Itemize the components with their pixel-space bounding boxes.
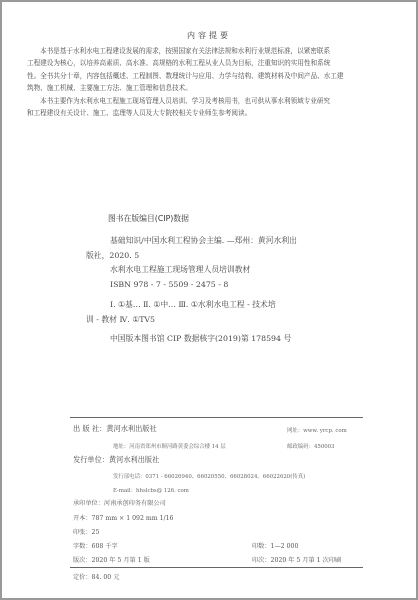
postcode: 邮政编码：450003: [287, 442, 335, 450]
cip-data: 基础知识/中国水利工程协会主编. —郑州：黄河水利出 版社，2020. 5 水利…: [86, 234, 356, 347]
address: 地址：河南省郑州市顺河路黄委会综合楼 14 层: [113, 442, 226, 450]
price: 定价：84. 00 元: [73, 572, 119, 581]
publisher: 出 版 社：黄河水利出版社: [73, 424, 157, 434]
print-count: 印数：1—2 000: [252, 541, 298, 550]
sheets: 印张：25: [73, 527, 99, 536]
impression: 印次：2020 年 5 月第 1 次印刷: [252, 555, 341, 564]
summary-line: 筑物、施工机械、主要施工方法、施工管理和信息技术。: [27, 82, 405, 94]
word-count: 字数：608 千字: [73, 541, 118, 550]
summary-line: 性。全书共分十章，内容包括概述、工程制图、数理统计与应用、力学与结构、建筑材料及…: [27, 70, 405, 82]
summary-paragraph-1: 本书是基于水利水电工程建设发展的需求，按照国家有关法律法规和水利行业规范标准，以…: [27, 45, 405, 94]
email: E-mail：hhslcbs@ 126. com: [113, 486, 189, 494]
cip-record-number: 中国版本图书馆 CIP 数据核字(2019)第 178594 号: [86, 332, 356, 347]
printer: 承印单位：河南承创印务有限公司: [73, 498, 166, 507]
cip-line: 版社，2020. 5: [86, 249, 356, 264]
bottom-divider: [70, 567, 363, 568]
phone: 发行部电话：0371 - 66026940、66020550、66028024、…: [113, 472, 305, 480]
summary-line: 本书主要作为水利水电工程施工现场管理人员培训、学习及考核用书，也可供从事水利领域…: [27, 95, 405, 107]
summary-line: 工程建设为核心，以培养高素质、高水准、高规格的水利工程从业人员为目标，注重知识的…: [27, 57, 405, 69]
top-divider: [70, 417, 363, 418]
cip-line: 基础知识/中国水利工程协会主编. —郑州：黄河水利出: [86, 234, 356, 249]
website: 网址：www. yrcp. com: [287, 426, 347, 434]
summary-paragraph-2: 本书主要作为水利水电工程施工现场管理人员培训、学习及考核用书，也可供从事水利领域…: [27, 95, 405, 120]
cip-isbn: ISBN 978 - 7 - 5509 - 2475 - 8: [86, 278, 356, 293]
cip-line: 训 - 教材 Ⅳ. ①TV5: [86, 313, 356, 328]
summary-line: 本书是基于水利水电工程建设发展的需求，按照国家有关法律法规和水利行业规范标准，以…: [27, 45, 405, 57]
summary-title: 内容提要: [2, 30, 416, 41]
format: 开本：787 mm × 1 092 mm 1/16: [73, 513, 173, 522]
edition: 版次：2020 年 5 月第 1 版: [73, 555, 150, 564]
cip-heading: 图书在版编目(CIP)数据: [108, 213, 189, 224]
cip-line: 水利水电工程施工现场管理人员培训教材: [86, 263, 356, 278]
distributor: 发行单位：黄河水利出版社: [73, 455, 159, 465]
summary-line: 和工程建设有关设计、施工、监理等人员及大专院校相关专业师生参考阅读。: [27, 107, 405, 119]
copyright-page: 内容提要 本书是基于水利水电工程建设发展的需求，按照国家有关法律法规和水利行业规…: [0, 0, 418, 600]
cip-line: Ⅰ. ①基… Ⅱ. ①中… Ⅲ. ①水利水电工程 - 技术培: [86, 298, 356, 313]
